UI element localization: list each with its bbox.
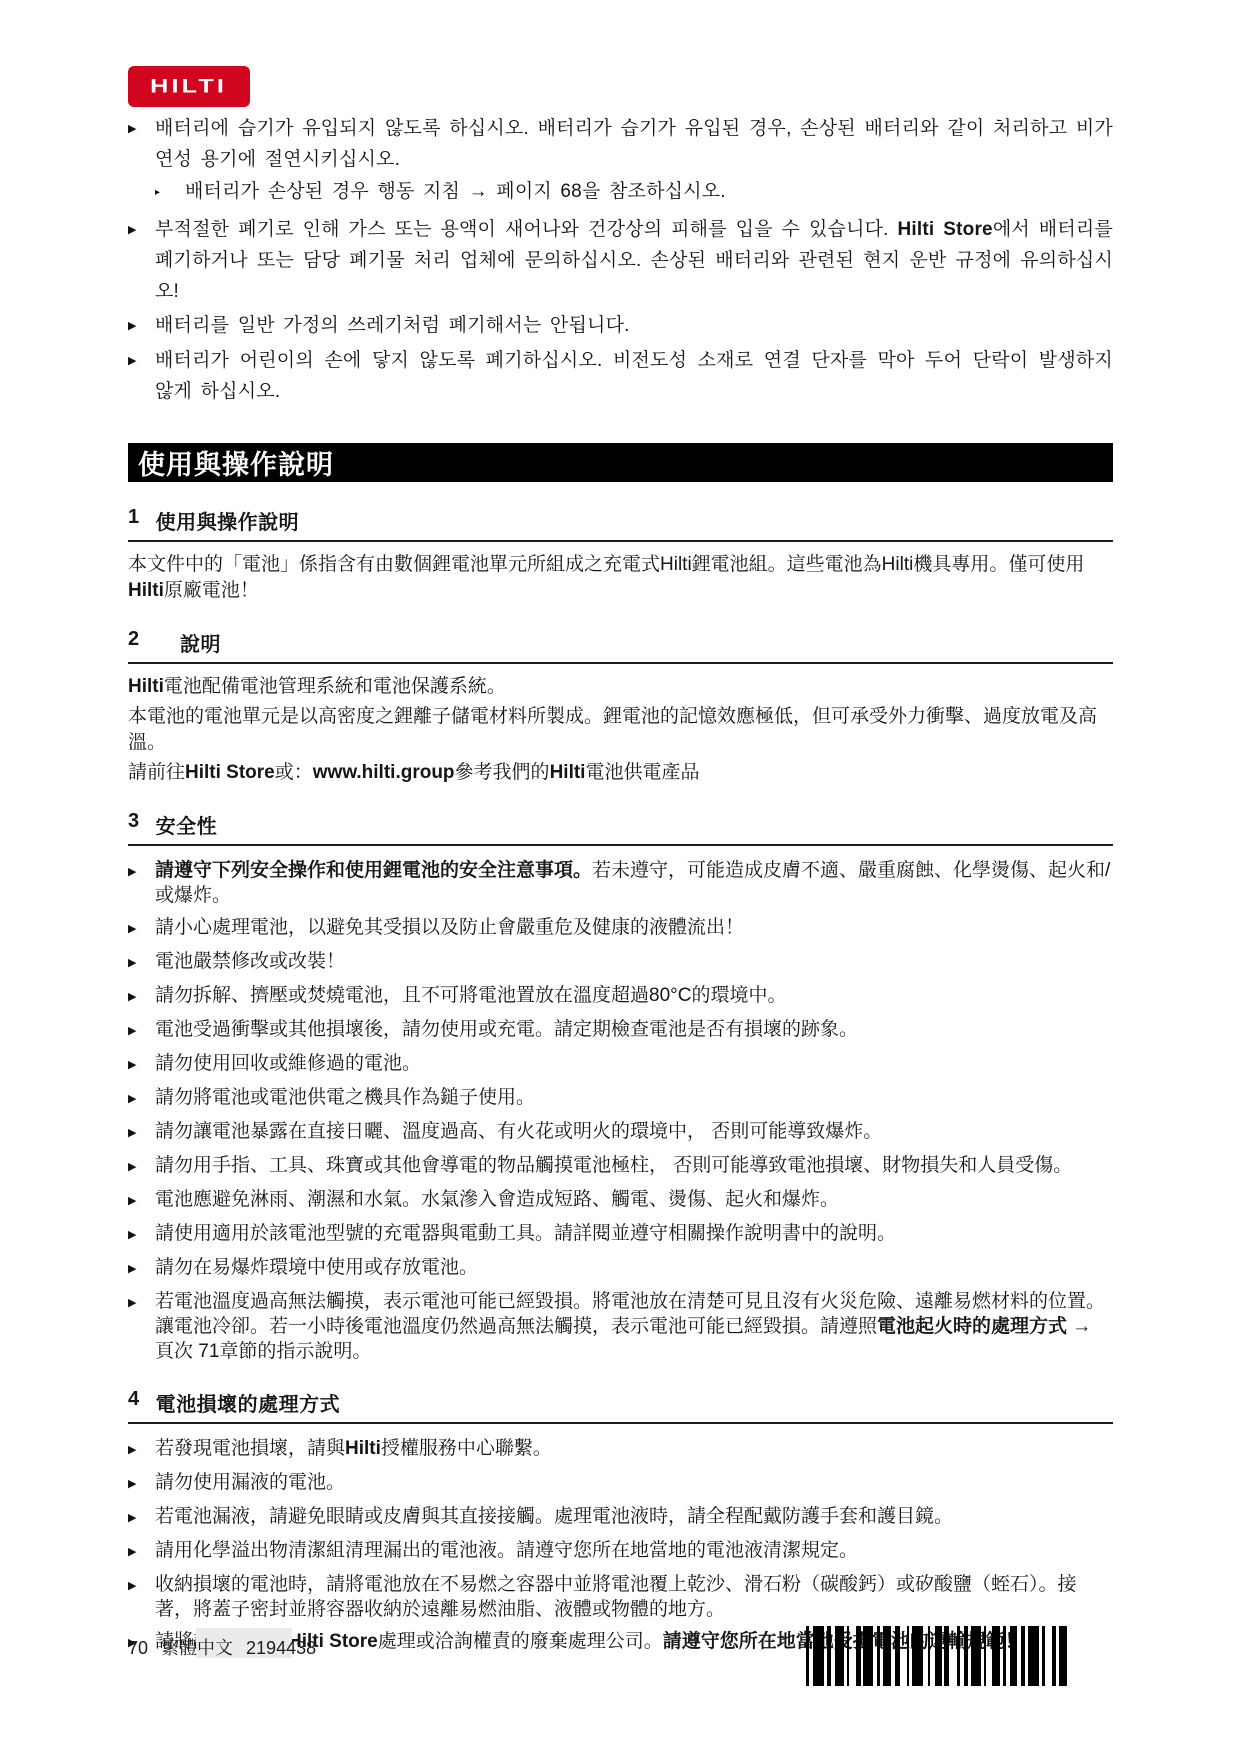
list-item: ▶부적절한 폐기로 인해 가스 또는 용액이 새어나와 건강상의 피해를 입을 … [128,214,1113,307]
bullet-arrow-icon: ▶ [128,949,155,976]
list-item: ▶請用化學溢出物清潔組清理漏出的電池液。請遵守您所在地當地的電池液清潔規定。 [128,1538,1113,1565]
barcode-space [1045,1626,1052,1686]
section-title: 電池損壞的處理方式 [156,1388,341,1417]
text-run: 請使用適用於該電池型號的充電器與電動工具。請詳閱並遵守相關操作說明書中的說明。 [155,1223,896,1244]
list-item-text: 請勿使用漏液的電池。 [155,1470,1113,1495]
bullet-arrow-icon: ▶ [128,1255,155,1282]
text-run: 請勿讓電池暴露在直接日曬、溫度過高、有火花或明火的環境中， 否則可能導致爆炸。 [155,1121,882,1142]
text-run: 若發現電池損壞，請與 [155,1438,345,1459]
page-content: HILTI ▶배터리에 습기가 유입되지 않도록 하십시오. 배터리가 습기가 … [0,0,1241,1656]
list-item-text: 請勿在易爆炸環境中使用或存放電池。 [155,1255,1113,1280]
list-item-text: 若電池溫度過高無法觸摸，表示電池可能已經毀損。將電池放在清楚可見且沒有火災危險、… [155,1289,1113,1364]
list-item-text: 電池嚴禁修改或改裝！ [155,949,1113,974]
bullet-arrow-icon: ▶ [128,310,155,342]
text-run: 배터리를 일반 가정의 쓰레기처럼 폐기해서는 안됩니다. [155,315,630,336]
list-item-text: 배터리가 어린이의 손에 닿지 않도록 폐기하십시오. 비전도성 소재로 연결 … [155,345,1113,407]
list-item-text: 請使用適用於該電池型號的充電器與電動工具。請詳閱並遵守相關操作說明書中的說明。 [155,1221,1113,1246]
section-number: 3 [128,810,140,839]
list-item-text: 電池受過衝擊或其他損壞後，請勿使用或充電。請定期檢查電池是否有損壞的跡象。 [155,1017,1113,1042]
barcode-space [949,1626,957,1686]
bullet-arrow-icon: ▶ [128,1085,155,1112]
paragraph: Hilti電池配備電池管理系統和電池保護系統。 [128,674,1113,700]
bullet-arrow-icon: ▶ [128,214,155,246]
text-run: 參考我們的 [455,762,550,783]
list-item: ▶배터리에 습기가 유입되지 않도록 하십시오. 배터리가 습기가 유입된 경우… [128,113,1113,211]
bullet-arrow-icon: ▶ [128,1119,155,1146]
list-item: ▶電池應避免淋雨、潮濕和水氣。水氣滲入會造成短路、觸電、燙傷、起火和爆炸。 [128,1187,1113,1214]
section-number: 4 [128,1388,140,1417]
text-run: 電池配備電池管理系統和電池保護系統。 [164,676,506,697]
chapter-banner: 使用與操作說明 [128,443,1113,482]
list-item: ▶請遵守下列安全操作和使用鋰電池的安全注意事項。若未遵守，可能造成皮膚不適、嚴重… [128,858,1113,908]
section-body: 本文件中的「電池」係指含有由數個鋰電池單元所組成之充電式Hilti鋰電池組。這些… [128,542,1113,604]
barcode-bar [1010,1626,1017,1686]
text-run: 請勿在易爆炸環境中使用或存放電池。 [155,1257,478,1278]
footer-doc-number: 2194438 [246,1638,316,1659]
sub-list-item: ▸배터리가 손상된 경우 행동 지침 → 페이지 68을 참조하십시오. [155,176,1113,208]
list-item: ▶배터리를 일반 가정의 쓰레기처럼 폐기해서는 안됩니다. [128,310,1113,342]
page-footer: 70 繁體中文 2194438 [128,1634,316,1660]
sub-list-item-text: 배터리가 손상된 경우 행동 지침 → 페이지 68을 참조하십시오. [185,176,1113,207]
text-run: 電池嚴禁修改或改裝！ [155,951,345,972]
list-item-text: 請勿將電池或電池供電之機具作為鎚子使用。 [155,1085,1113,1110]
list-item-text: 請勿用手指、工具、珠寶或其他會導電的物品觸摸電池極柱， 否則可能導致電池損壞、財… [155,1153,1113,1178]
list-item: ▶若電池漏液，請避免眼睛或皮膚與其直接接觸。處理電池液時，請全程配戴防護手套和護… [128,1504,1113,1531]
bold-text-run: Hilti Store [898,219,993,240]
list-item-text: 배터리에 습기가 유입되지 않도록 하십시오. 배터리가 습기가 유입된 경우,… [155,113,1113,211]
text-run: 或： [275,762,313,783]
bullet-arrow-icon: ▶ [128,1504,155,1531]
barcode-bar [912,1626,923,1686]
section-heading: 1使用與操作說明 [128,506,1113,542]
section-title: 安全性 [156,810,218,839]
list-item: ▶배터리가 어린이의 손에 닿지 않도록 폐기하십시오. 비전도성 소재로 연결… [128,345,1113,407]
bullet-arrow-icon: ▶ [128,1470,155,1497]
bullet-arrow-icon: ▶ [128,1289,155,1316]
hilti-logo: HILTI [128,66,250,107]
section-2: 2說明Hilti電池配備電池管理系統和電池保護系統。本電池的電池單元是以高密度之… [128,628,1113,786]
section-title: 使用與操作說明 [156,506,300,535]
manual-page: HILTI ▶배터리에 습기가 유입되지 않도록 하십시오. 배터리가 습기가 … [0,0,1241,1754]
list-item-text: 부적절한 폐기로 인해 가스 또는 용액이 새어나와 건강상의 피해를 입을 수… [155,214,1113,307]
section-heading: 4電池損壞的處理方式 [128,1388,1113,1424]
bold-text-run: 請遵守下列安全操作和使用鋰電池的安全注意事項。 [155,860,592,881]
section-number: 2 [128,628,180,657]
text-run: 請用化學溢出物清潔組清理漏出的電池液。請遵守您所在地當地的電池液清潔規定。 [155,1540,858,1561]
list-item-text: 請勿讓電池暴露在直接日曬、溫度過高、有火花或明火的環境中， 否則可能導致爆炸。 [155,1119,1113,1144]
text-run: 請勿使用回收或維修過的電池。 [155,1053,421,1074]
section-bullet-list: ▶請遵守下列安全操作和使用鋰電池的安全注意事項。若未遵守，可能造成皮膚不適、嚴重… [128,856,1113,1364]
bold-text-run: Hilti [128,676,164,697]
text-run: 本文件中的「電池」係指含有由數個鋰電池單元所組成之充電式Hilti鋰電池組。這些… [128,554,1084,575]
text-run: 授權服務中心聯繫。 [381,1438,552,1459]
barcode-bar [1059,1626,1067,1686]
list-item: ▶若發現電池損壞，請與Hilti授權服務中心聯繫。 [128,1436,1113,1463]
text-run: 배터리가 손상된 경우 행동 지침 → 페이지 68을 참조하십시오. [185,181,726,202]
text-run: 本電池的電池單元是以高密度之鋰離子儲電材料所製成。鋰電池的記憶效應極低，但可承受… [128,706,1097,753]
barcode-space [849,1626,856,1686]
bold-text-run: Hilti [128,580,164,601]
barcode-space [900,1626,907,1686]
text-run: 電池供電產品 [585,762,699,783]
text-run: 배터리가 어린이의 손에 닿지 않도록 폐기하십시오. 비전도성 소재로 연결 … [155,350,1113,402]
barcode-bar [813,1626,824,1686]
section-title: 說明 [180,628,221,657]
list-item-text: 請勿使用回收或維修過的電池。 [155,1051,1113,1076]
bold-text-run: Hilti [550,762,586,783]
list-item-text: 若電池漏液，請避免眼睛或皮膚與其直接接觸。處理電池液時，請全程配戴防護手套和護目… [155,1504,1113,1529]
bold-text-run: Hilti [345,1438,381,1459]
hilti-logo-text: HILTI [151,75,228,98]
list-item: ▶請勿在易爆炸環境中使用或存放電池。 [128,1255,1113,1282]
barcode-bar [1028,1626,1039,1686]
section-4: 4電池損壞的處理方式▶若發現電池損壞，請與Hilti授權服務中心聯繫。▶請勿使用… [128,1388,1113,1656]
section-body: ▶請遵守下列安全操作和使用鋰電池的安全注意事項。若未遵守，可能造成皮膚不適、嚴重… [128,846,1113,1364]
text-run: 請勿使用漏液的電池。 [155,1472,345,1493]
korean-safety-notes: ▶배터리에 습기가 유입되지 않도록 하십시오. 배터리가 습기가 유입된 경우… [128,113,1113,407]
bullet-arrow-icon: ▶ [128,1017,155,1044]
barcode-bar [971,1626,981,1686]
list-item-text: 請遵守下列安全操作和使用鋰電池的安全注意事項。若未遵守，可能造成皮膚不適、嚴重腐… [155,858,1113,908]
barcode-bar [935,1626,942,1686]
list-item: ▶請勿使用漏液的電池。 [128,1470,1113,1497]
bullet-arrow-icon: ▶ [128,1187,155,1214]
bullet-arrow-icon: ▶ [128,113,155,145]
bullet-arrow-icon: ▶ [128,1051,155,1078]
list-item-text: 請用化學溢出物清潔組清理漏出的電池液。請遵守您所在地當地的電池液清潔規定。 [155,1538,1113,1563]
footer-language: 繁體中文 [161,1634,233,1660]
list-item-text: 請勿拆解、擠壓或焚燒電池，且不可將電池置放在溫度超過80°C的環境中。 [155,983,1113,1008]
section-number: 1 [128,506,140,535]
section-body: Hilti電池配備電池管理系統和電池保護系統。本電池的電池單元是以高密度之鋰離子… [128,664,1113,786]
section-bullet-list: ▶若發現電池損壞，請與Hilti授權服務中心聯繫。▶請勿使用漏液的電池。▶若電池… [128,1434,1113,1656]
text-run: 請小心處理電池，以避免其受損以及防止會嚴重危及健康的液體流出！ [155,917,744,938]
bullet-arrow-icon: ▶ [128,1221,155,1248]
barcode-bar [863,1626,873,1686]
list-item-text: 電池應避免淋雨、潮濕和水氣。水氣滲入會造成短路、觸電、燙傷、起火和爆炸。 [155,1187,1113,1212]
bullet-arrow-icon: ▶ [128,1436,155,1463]
text-run: 請勿用手指、工具、珠寶或其他會導電的物品觸摸電池極柱， 否則可能導致電池損壞、財… [155,1155,1072,1176]
bullet-arrow-icon: ▶ [128,1572,155,1599]
section-3: 3安全性▶請遵守下列安全操作和使用鋰電池的安全注意事項。若未遵守，可能造成皮膚不… [128,810,1113,1364]
list-item: ▶若電池溫度過高無法觸摸，表示電池可能已經毀損。將電池放在清楚可見且沒有火災危險… [128,1289,1113,1364]
paragraph: 請前往Hilti Store或：www.hilti.group參考我們的Hilt… [128,760,1113,786]
barcode-bar [835,1626,843,1686]
bold-text-run: Hilti Store [185,762,275,783]
bullet-arrow-icon: ▶ [128,1538,155,1565]
text-run: 處理或洽詢權責的廢棄處理公司。 [378,1631,663,1652]
text-run: 收納損壞的電池時，請將電池放在不易燃之容器中並將電池覆上乾沙、滑石粉（碳酸鈣）或… [155,1574,1077,1620]
section-heading: 2說明 [128,628,1113,664]
barcode-space [1067,1626,1068,1686]
list-item: ▶請勿將電池或電池供電之機具作為鎚子使用。 [128,1085,1113,1112]
text-run: 請勿將電池或電池供電之機具作為鎚子使用。 [155,1087,535,1108]
section-1: 1使用與操作說明本文件中的「電池」係指含有由數個鋰電池單元所組成之充電式Hilt… [128,506,1113,604]
bullet-arrow-icon: ▶ [128,858,155,885]
list-item: ▶請小心處理電池，以避免其受損以及防止會嚴重危及健康的液體流出！ [128,915,1113,942]
text-run: 배터리에 습기가 유입되지 않도록 하십시오. 배터리가 습기가 유입된 경우,… [155,118,1113,170]
paragraph: 本文件中的「電池」係指含有由數個鋰電池單元所組成之充電式Hilti鋰電池組。這些… [128,552,1113,604]
barcode-bar [883,1626,891,1686]
list-item: ▶電池受過衝擊或其他損壞後，請勿使用或充電。請定期檢查電池是否有損壞的跡象。 [128,1017,1113,1044]
bold-text-run: 電池起火時的處理方式 [877,1316,1067,1337]
chapter-banner-title: 使用與操作說明 [138,443,334,482]
list-item-text: 배터리를 일반 가정의 쓰레기처럼 폐기해서는 안됩니다. [155,310,1113,341]
bold-text-run: www.hilti.group [313,762,455,783]
section-body: ▶若發現電池損壞，請與Hilti授權服務中心聯繫。▶請勿使用漏液的電池。▶若電池… [128,1424,1113,1656]
bullet-arrow-icon: ▶ [128,983,155,1010]
barcode-bar [992,1626,1000,1686]
list-item: ▶請勿用手指、工具、珠寶或其他會導電的物品觸摸電池極柱， 否則可能導致電池損壞、… [128,1153,1113,1180]
bullet-arrow-icon: ▶ [128,345,155,377]
text-run: 請勿拆解、擠壓或焚燒電池，且不可將電池置放在溫度超過80°C的環境中。 [155,985,786,1006]
list-item-text: 收納損壞的電池時，請將電池放在不易燃之容器中並將電池覆上乾沙、滑石粉（碳酸鈣）或… [155,1572,1113,1622]
text-run: 부적절한 폐기로 인해 가스 또는 용액이 새어나와 건강상의 피해를 입을 수… [155,219,898,240]
list-item-text: 若發現電池損壞，請與Hilti授權服務中心聯繫。 [155,1436,1113,1461]
text-run: 請前往 [128,762,185,783]
list-item: ▶收納損壞的電池時，請將電池放在不易燃之容器中並將電池覆上乾沙、滑石粉（碳酸鈣）… [128,1572,1113,1622]
sections-container: 1使用與操作說明本文件中的「電池」係指含有由數個鋰電池單元所組成之充電式Hilt… [128,506,1113,1656]
paragraph: 本電池的電池單元是以高密度之鋰離子儲電材料所製成。鋰電池的記憶效應極低，但可承受… [128,704,1113,756]
list-item: ▶請勿拆解、擠壓或焚燒電池，且不可將電池置放在溫度超過80°C的環境中。 [128,983,1113,1010]
sub-bullet-arrow-icon: ▸ [155,176,185,208]
text-run: 電池受過衝擊或其他損壞後，請勿使用或充電。請定期檢查電池是否有損壞的跡象。 [155,1019,858,1040]
list-item-text: 請小心處理電池，以避免其受損以及防止會嚴重危及健康的液體流出！ [155,915,1113,940]
footer-page-number: 70 [128,1638,148,1659]
section-heading: 3安全性 [128,810,1113,846]
barcode [806,1626,1068,1686]
text-run: 電池應避免淋雨、潮濕和水氣。水氣滲入會造成短路、觸電、燙傷、起火和爆炸。 [155,1189,839,1210]
bullet-arrow-icon: ▶ [128,915,155,942]
list-item: ▶請勿使用回收或維修過的電池。 [128,1051,1113,1078]
list-item: ▶請勿讓電池暴露在直接日曬、溫度過高、有火花或明火的環境中， 否則可能導致爆炸。 [128,1119,1113,1146]
list-item: ▶請使用適用於該電池型號的充電器與電動工具。請詳閱並遵守相關操作說明書中的說明。 [128,1221,1113,1248]
list-item: ▶電池嚴禁修改或改裝！ [128,949,1113,976]
bullet-arrow-icon: ▶ [128,1153,155,1180]
text-run: 若電池漏液，請避免眼睛或皮膚與其直接接觸。處理電池液時，請全程配戴防護手套和護目… [155,1506,953,1527]
text-run: 原廠電池！ [164,580,259,601]
